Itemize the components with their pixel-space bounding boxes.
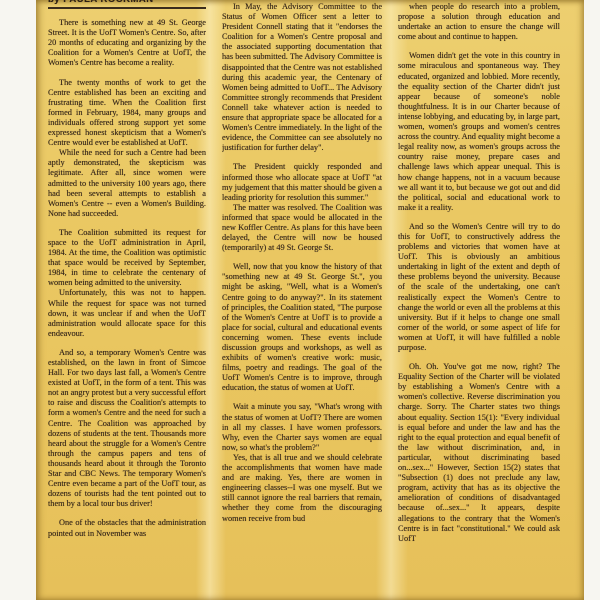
article-paragraph: One of the obstacles that the administra… bbox=[48, 518, 206, 538]
article-column-1: by PAULA ROCKMAN There is something new … bbox=[48, 0, 206, 600]
article-paragraph: Unfortunately, this was not to happen. W… bbox=[48, 288, 206, 338]
article-paragraph: And so, a temporary Women's Centre was e… bbox=[48, 348, 206, 510]
article-paragraph: The President quickly responded and info… bbox=[222, 162, 382, 202]
article-paragraph: Well, now that you know the history of t… bbox=[222, 262, 382, 393]
article-paragraph: Oh. Oh. You've got me now, right? The Eq… bbox=[398, 362, 560, 544]
article-paragraph: There is something new at 49 St. George … bbox=[48, 18, 206, 68]
column-2-text: In May, the Advisory Committee to the St… bbox=[222, 2, 382, 524]
byline: by PAULA ROCKMAN bbox=[48, 0, 206, 5]
article-paragraph: While the need for such a Centre had bee… bbox=[48, 148, 206, 219]
scanned-document-screenshot: { "page": { "paper_color": "#eac863", "m… bbox=[0, 0, 600, 600]
article-column-3: when people do research into a problem, … bbox=[398, 0, 560, 600]
article-column-2: In May, the Advisory Committee to the St… bbox=[222, 0, 382, 600]
article-paragraph: In May, the Advisory Committee to the St… bbox=[222, 2, 382, 153]
article-paragraph: when people do research into a problem, … bbox=[398, 2, 560, 42]
column-1-text: There is something new at 49 St. George … bbox=[48, 18, 206, 539]
article-paragraph: Wait a minute you say, "What's wrong wit… bbox=[222, 402, 382, 452]
article-paragraph: The matter was resolved. The Coalition w… bbox=[222, 203, 382, 253]
article-paragraph: Women didn't get the vote in this countr… bbox=[398, 51, 560, 213]
article-paragraph: And so the Women's Centre will try to do… bbox=[398, 222, 560, 353]
scanned-newspaper-page: by PAULA ROCKMAN There is something new … bbox=[36, 0, 584, 600]
article-paragraph: Yes, that is all true and we should cele… bbox=[222, 453, 382, 524]
article-paragraph: The twenty months of work to get the Cen… bbox=[48, 78, 206, 149]
article-paragraph: The Coalition submitted its request for … bbox=[48, 228, 206, 289]
column-3-text: when people do research into a problem, … bbox=[398, 2, 560, 544]
byline-rule bbox=[48, 7, 206, 9]
